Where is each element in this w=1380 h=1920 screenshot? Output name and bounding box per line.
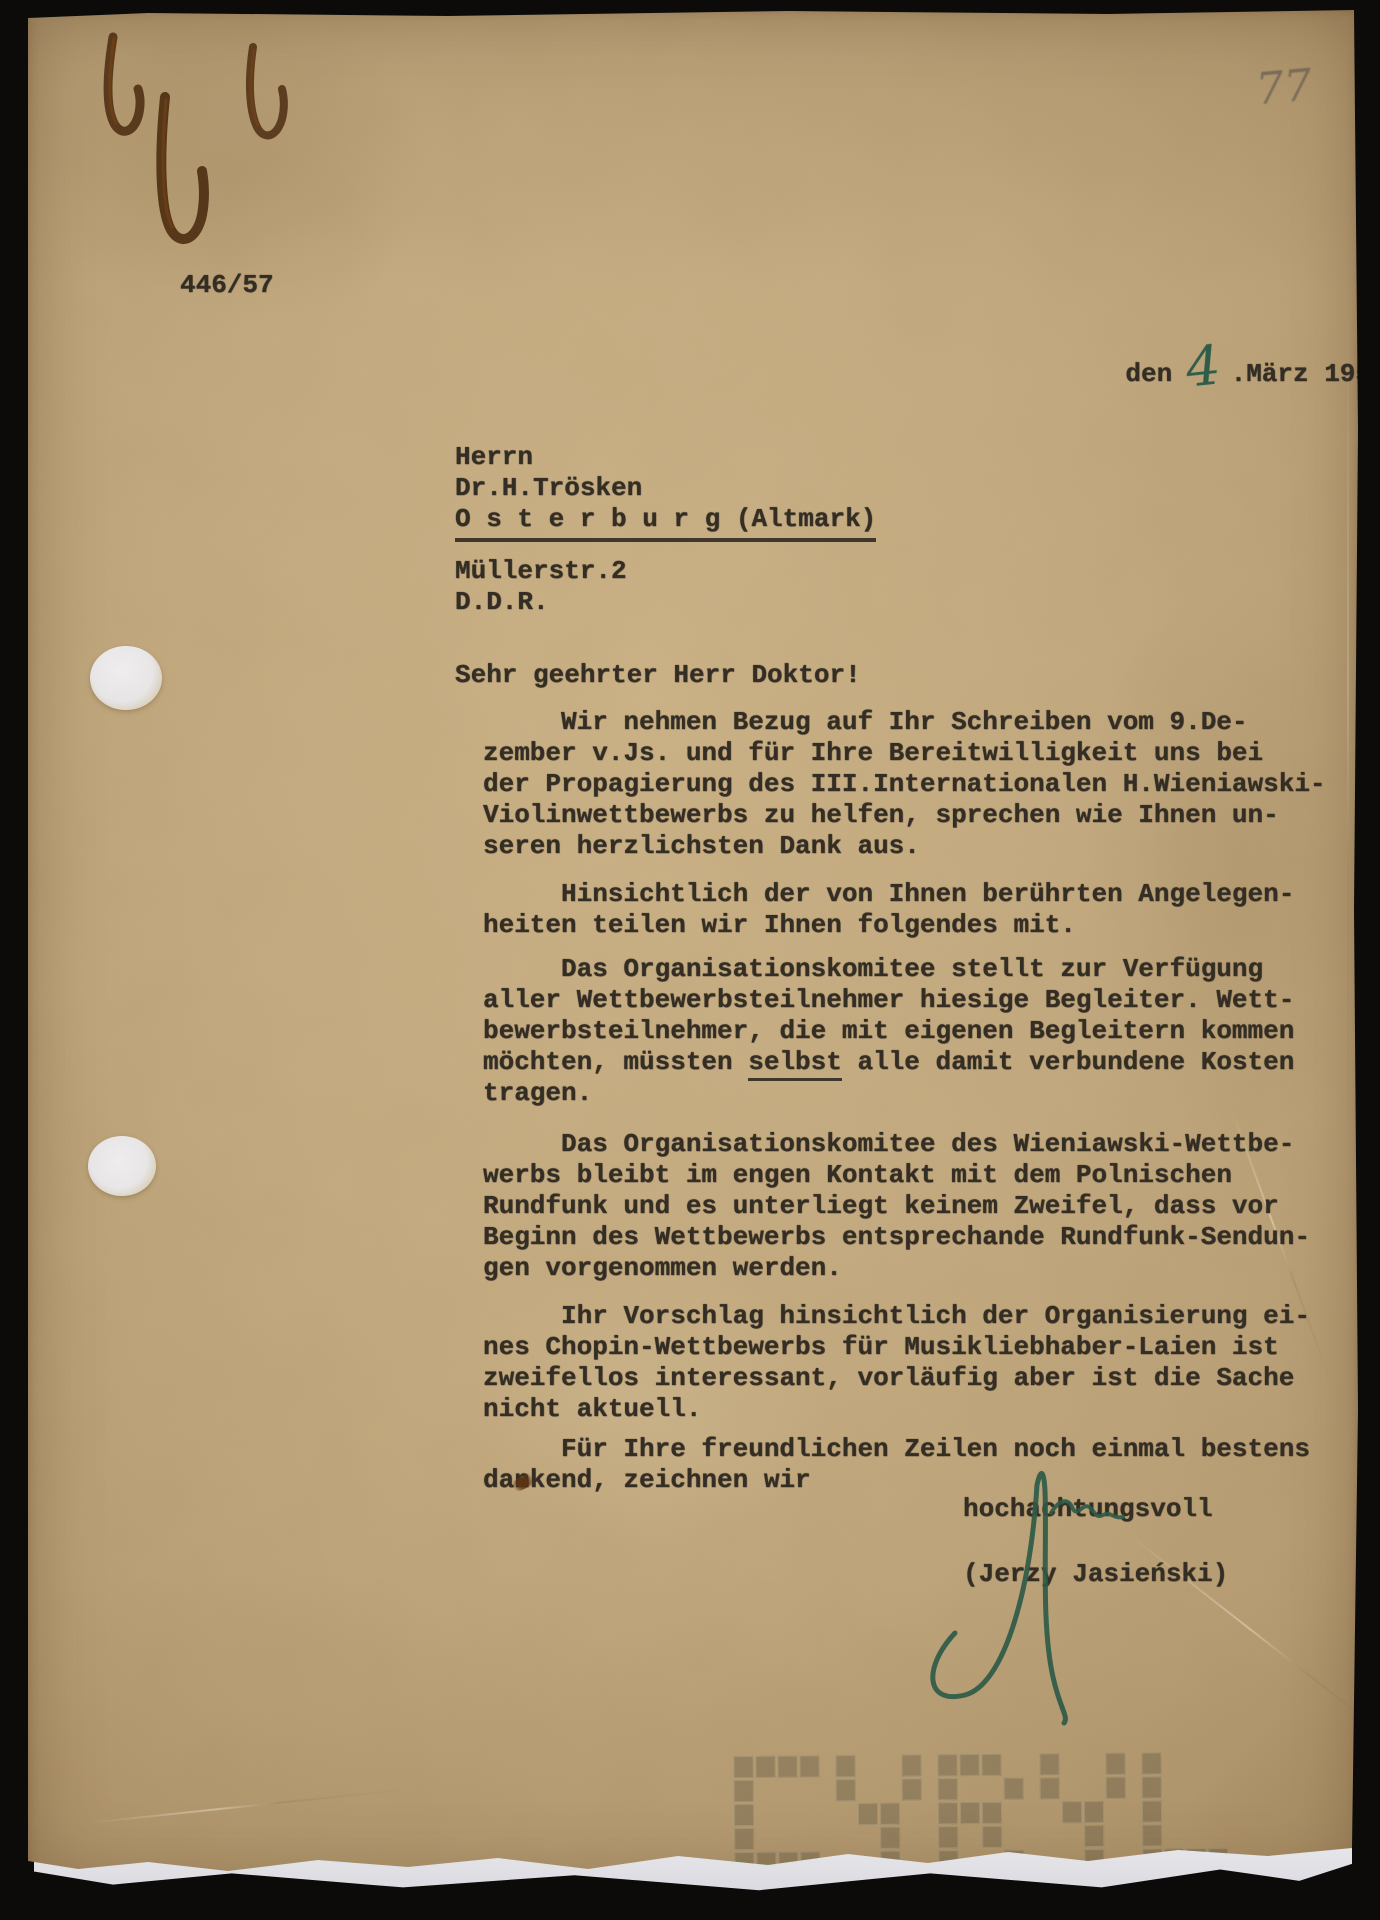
reference-number: 446/57: [180, 270, 274, 301]
body-line: möchten, müssten selbst alle damit verbu…: [483, 1047, 1294, 1078]
body-line: zweifellos interessant, vorläufig aber i…: [483, 1363, 1310, 1394]
paper-crease: [1347, 311, 1349, 1251]
body-line: Ihr Vorschlag hinsichtlich der Organisie…: [483, 1301, 1310, 1332]
body-line: Beginn des Wettbewerbs entsprechande Run…: [483, 1222, 1310, 1253]
page-number-annotation: 77: [1254, 60, 1314, 116]
punch-hole: [90, 646, 162, 710]
body-line: Rundfunk und es unterliegt keinem Zweife…: [483, 1191, 1310, 1222]
document-page: 77 446/57 den4.März 1957 Herrn Dr.H.Trös…: [28, 10, 1358, 1882]
body-line: heiten teilen wir Ihnen folgendes mit.: [483, 910, 1294, 941]
punch-hole: [88, 1136, 156, 1196]
paragraph-4: Das Organisationskomitee des Wieniawski-…: [483, 1129, 1310, 1284]
scan-background: { "annotations": { "page_number": "77", …: [0, 0, 1380, 1920]
body-text-segment: alle damit verbundene Kosten: [842, 1047, 1294, 1077]
body-line: nicht aktuell.: [483, 1394, 1310, 1425]
paragraph-3: Das Organisationskomitee stellt zur Verf…: [483, 954, 1294, 1109]
body-line: tragen.: [483, 1078, 1294, 1109]
recipient-line: Dr.H.Trösken: [455, 473, 876, 504]
body-line: Das Organisationskomitee stellt zur Verf…: [483, 954, 1294, 985]
salutation: Sehr geehrter Herr Doktor!: [455, 660, 861, 691]
underlined-word: selbst: [748, 1047, 842, 1081]
body-line: werbs bleibt im engen Kontakt mit dem Po…: [483, 1160, 1310, 1191]
body-line: seren herzlichsten Dank aus.: [483, 831, 1326, 862]
body-line: Wir nehmen Bezug auf Ihr Schreiben vom 9…: [483, 707, 1326, 738]
recipient-city-underlined: O s t e r b u r g (Altmark): [455, 504, 876, 542]
paper-crease: [89, 1788, 407, 1823]
body-line: Violinwettbewerbs zu helfen, sprechen wi…: [483, 800, 1326, 831]
date-prefix: den: [1125, 359, 1172, 389]
body-line: bewerbsteilnehmer, die mit eigenen Begle…: [483, 1016, 1294, 1047]
signature-handwriting: [903, 1455, 1203, 1725]
date-suffix: .März 1957: [1231, 359, 1380, 389]
recipient-line: O s t e r b u r g (Altmark): [455, 504, 876, 542]
paragraph-5: Ihr Vorschlag hinsichtlich der Organisie…: [483, 1301, 1310, 1425]
paperclip-rust-marks: [73, 25, 333, 265]
paragraph-2: Hinsichtlich der von Ihnen berührten Ang…: [483, 879, 1294, 941]
recipient-address: Herrn Dr.H.Trösken O s t e r b u r g (Al…: [455, 442, 876, 618]
body-line: Hinsichtlich der von Ihnen berührten Ang…: [483, 879, 1294, 910]
recipient-line: Müllerstr.2: [455, 556, 876, 587]
body-line: zember v.Js. und für Ihre Bereitwilligke…: [483, 738, 1326, 769]
body-line: Das Organisationskomitee des Wieniawski-…: [483, 1129, 1310, 1160]
body-line: nes Chopin-Wettbewerbs für Musikliebhabe…: [483, 1332, 1310, 1363]
paragraph-1: Wir nehmen Bezug auf Ihr Schreiben vom 9…: [483, 707, 1326, 862]
recipient-line: D.D.R.: [455, 587, 876, 618]
body-line: aller Wettbewerbsteilnehmer hiesige Begl…: [483, 985, 1294, 1016]
body-text-segment: möchten, müssten: [483, 1047, 748, 1077]
recipient-line: Herrn: [455, 442, 876, 473]
body-line: der Propagierung des III.Internationalen…: [483, 769, 1326, 800]
body-line: gen vorgenommen werden.: [483, 1253, 1310, 1284]
date-line: den4.März 1957: [1063, 328, 1380, 421]
handwritten-date-day: 4: [1186, 365, 1220, 369]
